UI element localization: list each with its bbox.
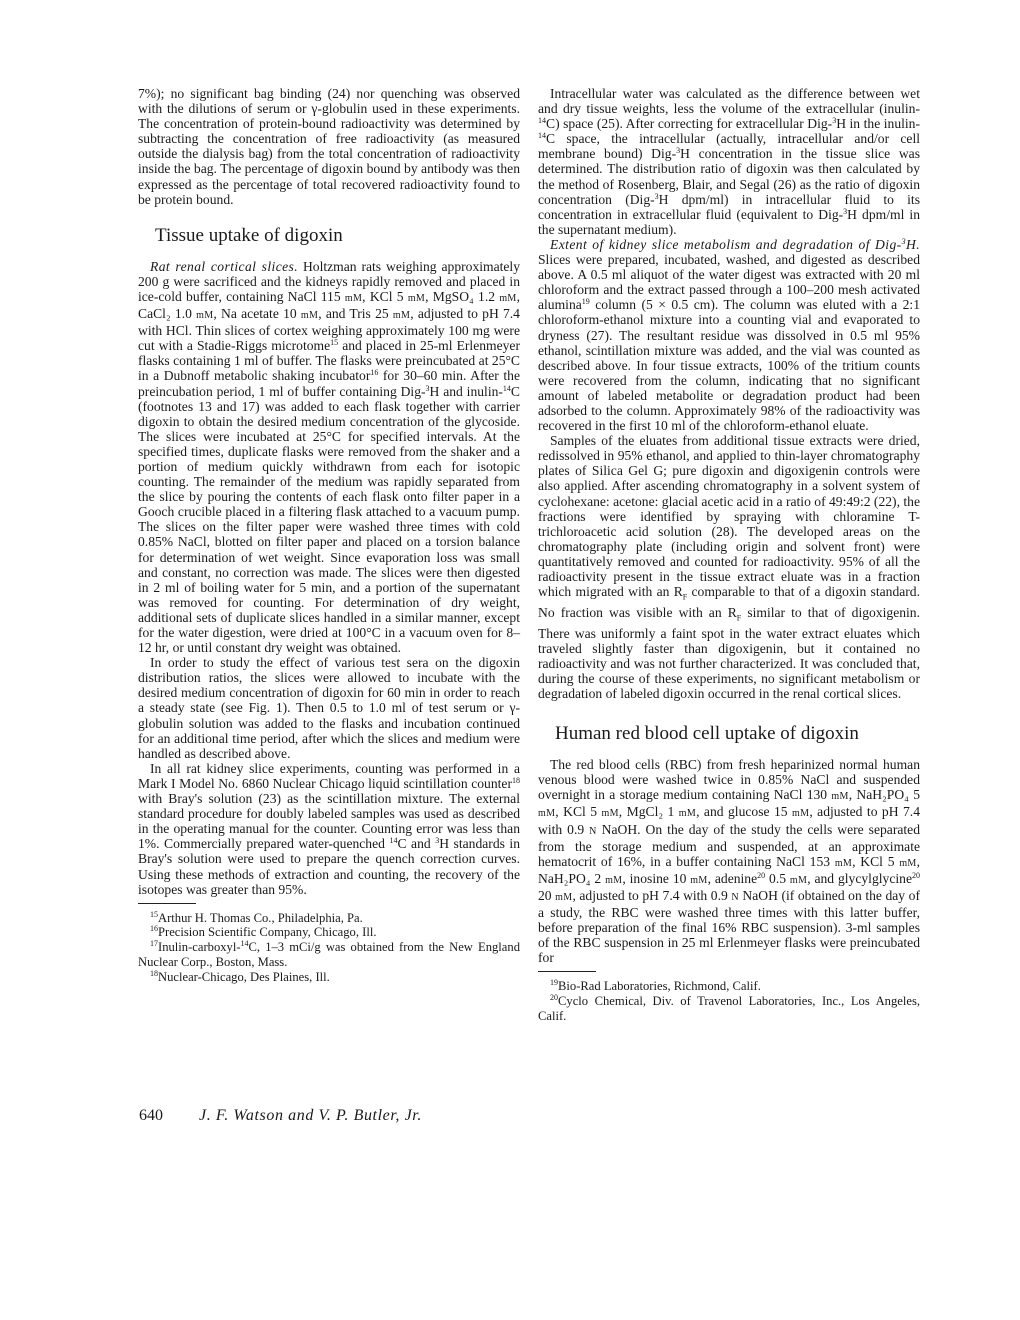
paragraph-rat-renal-slices: Rat renal cortical slices. Holtzman rats…: [138, 259, 520, 655]
text: H and inulin-: [430, 384, 503, 399]
unit: mM: [555, 892, 572, 903]
text: Intracellular water was calculated as th…: [538, 86, 920, 116]
footnote-mark: 20: [550, 993, 558, 1002]
unit: mM: [899, 858, 916, 869]
footnotes-left: 15Arthur H. Thomas Co., Philadelphia, Pa…: [138, 911, 520, 985]
page-number: 640: [139, 1107, 163, 1125]
text: C and: [397, 836, 435, 851]
text: , MgSO₄ 1.2: [425, 289, 499, 304]
running-footer-authors: J. F. Watson and V. P. Butler, Jr.: [199, 1107, 422, 1125]
footnote-divider: [538, 971, 596, 972]
text: 0.5: [765, 871, 790, 886]
footnote-mark: 16: [150, 924, 158, 933]
paragraph-metabolism: Extent of kidney slice metabolism and de…: [538, 237, 920, 433]
text: , and Tris 25: [318, 306, 393, 321]
text: , KCl 5: [852, 854, 899, 869]
text: , inosine 10: [622, 871, 690, 886]
superscript: 14: [503, 384, 511, 393]
text: column (5 × 0.5 cm). The column was elut…: [538, 297, 920, 433]
text: C) space (25). After correcting for extr…: [546, 116, 832, 131]
unit: mM: [690, 875, 707, 886]
footnote-16: 16Precision Scientific Company, Chicago,…: [138, 925, 520, 940]
unit: mM: [605, 875, 622, 886]
paragraph-test-sera: In order to study the effect of various …: [138, 655, 520, 761]
unit: mM: [393, 310, 410, 321]
unit: mM: [538, 808, 555, 819]
footnote-divider: [138, 903, 196, 904]
section-heading-tissue-uptake: Tissue uptake of digoxin: [155, 225, 520, 247]
run-in-heading: Rat renal cortical slices.: [150, 259, 298, 274]
footnote-ref-18: 18: [512, 776, 520, 785]
unit: mM: [345, 293, 362, 304]
footnote-text: Cyclo Chemical, Div. of Travenol Laborat…: [538, 994, 920, 1023]
text: , and glucose 15: [696, 804, 792, 819]
section-heading-rbc-uptake: Human red blood cell uptake of digoxin: [555, 723, 920, 745]
footnote-17: 17Inulin-carboxyl-14C, 1–3 mCi/g was obt…: [138, 940, 520, 970]
text: , KCl 5: [362, 289, 408, 304]
superscript: 14: [241, 939, 249, 948]
paragraph-rbc: The red blood cells (RBC) from fresh hep…: [538, 757, 920, 965]
footnote-ref-20: 20: [912, 871, 920, 880]
run-in-heading: Extent of kidney slice metabolism and de…: [550, 237, 920, 252]
left-column: 7%); no significant bag binding (24) nor…: [138, 86, 520, 985]
unit: mM: [792, 808, 809, 819]
unit: mM: [499, 293, 516, 304]
unit: mM: [602, 808, 619, 819]
text: , NaH₂PO₄ 5: [849, 787, 920, 802]
unit: N: [589, 826, 597, 837]
footnote-ref-19: 19: [582, 297, 590, 306]
unit: mM: [679, 808, 696, 819]
unit: mM: [831, 791, 848, 802]
text: , and glycylglycine: [807, 871, 912, 886]
unit: mM: [301, 310, 318, 321]
unit: mM: [835, 858, 852, 869]
text: In all rat kidney slice experiments, cou…: [138, 761, 520, 791]
text: 20: [538, 888, 555, 903]
footnote-text: Inulin-carboxyl-: [158, 940, 241, 954]
footnote-ref-20: 20: [757, 871, 765, 880]
footnote-mark: 17: [150, 939, 158, 948]
unit: N: [731, 892, 739, 903]
footnote-text: Nuclear-Chicago, Des Plaines, Ill.: [158, 970, 330, 984]
unit: mM: [790, 875, 807, 886]
paragraph-intracellular-water: Intracellular water was calculated as th…: [538, 86, 920, 237]
text: , Na acetate 10: [213, 306, 300, 321]
footnote-mark: 19: [550, 978, 558, 987]
footnotes-right: 19Bio-Rad Laboratories, Richmond, Calif.…: [538, 979, 920, 1023]
superscript: 14: [538, 116, 546, 125]
paragraph-continued: 7%); no significant bag binding (24) nor…: [138, 86, 520, 207]
text: , adenine: [708, 871, 758, 886]
paragraph-counting: In all rat kidney slice experiments, cou…: [138, 761, 520, 897]
text: Samples of the eluates from additional t…: [538, 433, 920, 599]
superscript: 14: [538, 131, 546, 140]
text: C (footnotes 13 and 17) was added to eac…: [138, 384, 520, 656]
text: H.: [906, 237, 920, 252]
footnote-text: Bio-Rad Laboratories, Richmond, Calif.: [558, 979, 761, 993]
unit: mM: [196, 310, 213, 321]
page-footer: 640 J. F. Watson and V. P. Butler, Jr.: [139, 1107, 422, 1125]
text: , KCl 5: [555, 804, 601, 819]
text: , MgCl₂ 1: [619, 804, 679, 819]
footnote-19: 19Bio-Rad Laboratories, Richmond, Calif.: [538, 979, 920, 994]
footnote-18: 18Nuclear-Chicago, Des Plaines, Ill.: [138, 970, 520, 985]
footnote-text: Arthur H. Thomas Co., Philadelphia, Pa.: [158, 911, 363, 925]
right-column: Intracellular water was calculated as th…: [538, 86, 920, 1024]
footnote-mark: 15: [150, 910, 158, 919]
text: , adjusted to pH 7.4 with 0.9: [572, 888, 731, 903]
paragraph-tlc: Samples of the eluates from additional t…: [538, 433, 920, 701]
text: H in the inulin-: [836, 116, 920, 131]
footnote-text: Precision Scientific Company, Chicago, I…: [158, 925, 376, 939]
footnote-mark: 18: [150, 969, 158, 978]
footnote-15: 15Arthur H. Thomas Co., Philadelphia, Pa…: [138, 911, 520, 926]
footnote-20: 20Cyclo Chemical, Div. of Travenol Labor…: [538, 994, 920, 1024]
unit: mM: [408, 293, 425, 304]
footnote-ref-15: 15: [330, 338, 338, 347]
text: Extent of kidney slice metabolism and de…: [550, 237, 902, 252]
